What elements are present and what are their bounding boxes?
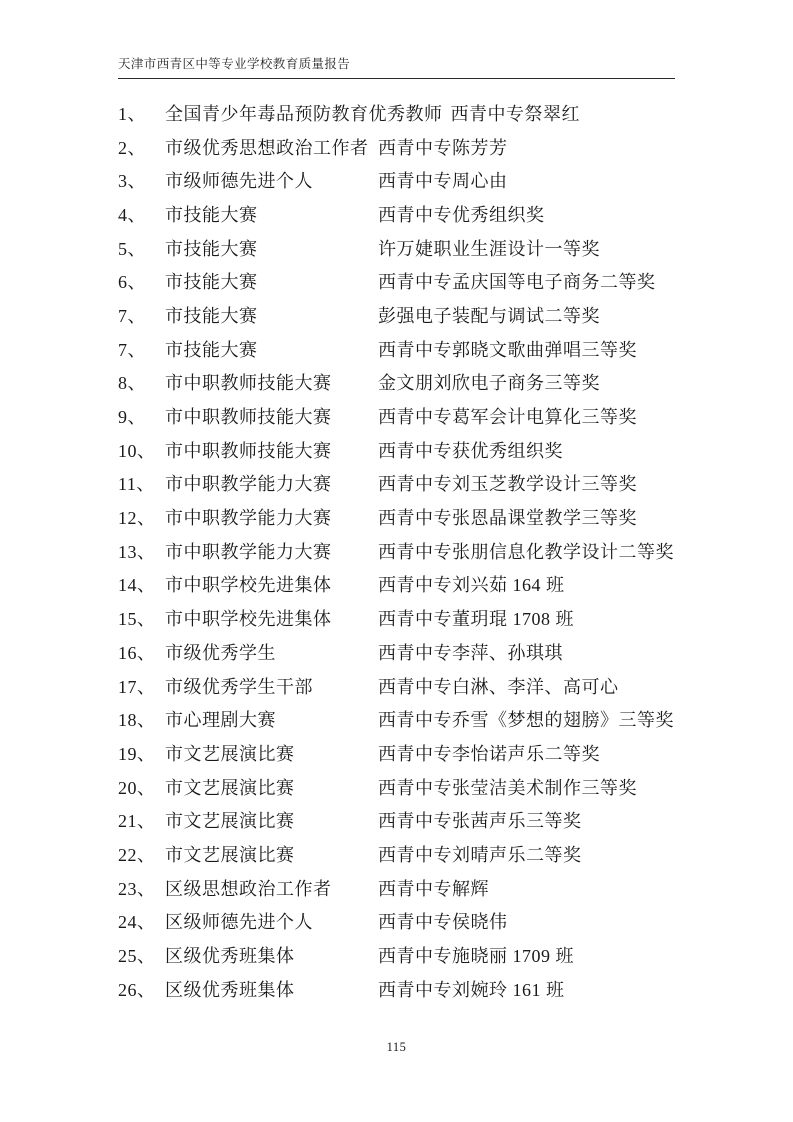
award-row: 5、 市技能大赛 许万婕职业生涯设计一等奖 xyxy=(118,231,718,265)
award-name: 市级师德先进个人 xyxy=(165,167,370,193)
award-winner: 西青中专孟庆国等电子商务二等奖 xyxy=(378,268,656,294)
document-page: 天津市西青区中等专业学校教育质量报告 1、 全国青少年毒品预防教育优秀教师 西青… xyxy=(0,0,793,1122)
award-winner: 西青中专李萍、孙琪琪 xyxy=(378,639,563,665)
award-winner: 西青中专优秀组织奖 xyxy=(378,201,545,227)
award-row: 20、 市文艺展演比赛 西青中专张莹洁美术制作三等奖 xyxy=(118,770,718,804)
award-winner: 西青中专周心由 xyxy=(378,167,508,193)
row-number: 18、 xyxy=(118,706,165,732)
row-number: 3、 xyxy=(118,167,165,193)
award-name: 区级师德先进个人 xyxy=(165,908,370,934)
award-winner: 西青中专张朋信息化教学设计二等奖 xyxy=(378,538,674,564)
award-row: 24、 区级师德先进个人 西青中专侯晓伟 xyxy=(118,905,718,939)
award-winner: 西青中专刘玉芝教学设计三等奖 xyxy=(378,470,637,496)
award-row: 19、 市文艺展演比赛 西青中专李怡诺声乐二等奖 xyxy=(118,736,718,770)
row-number: 10、 xyxy=(118,437,165,463)
award-name: 市级优秀学生干部 xyxy=(165,673,370,699)
row-number: 22、 xyxy=(118,841,165,867)
award-row: 6、 市技能大赛 西青中专孟庆国等电子商务二等奖 xyxy=(118,264,718,298)
award-name: 市中职学校先进集体 xyxy=(165,571,370,597)
row-number: 6、 xyxy=(118,268,165,294)
award-row: 13、 市中职教学能力大赛 西青中专张朋信息化教学设计二等奖 xyxy=(118,534,718,568)
row-number: 4、 xyxy=(118,201,165,227)
award-winner: 西青中专董玥琨 1708 班 xyxy=(378,605,574,631)
award-winner: 西青中专陈芳芳 xyxy=(378,134,508,160)
award-winner: 西青中专解辉 xyxy=(378,875,489,901)
award-row: 7、 市技能大赛 彭强电子装配与调试二等奖 xyxy=(118,298,718,332)
award-name: 市中职教师技能大赛 xyxy=(165,437,370,463)
row-number: 17、 xyxy=(118,673,165,699)
award-row: 2、 市级优秀思想政治工作者 西青中专陈芳芳 xyxy=(118,130,718,164)
award-row: 9、 市中职教师技能大赛 西青中专葛军会计电算化三等奖 xyxy=(118,399,718,433)
row-number: 19、 xyxy=(118,740,165,766)
award-winner: 许万婕职业生涯设计一等奖 xyxy=(378,235,600,261)
award-row: 25、 区级优秀班集体 西青中专施晓丽 1709 班 xyxy=(118,938,718,972)
award-row: 10、 市中职教师技能大赛 西青中专获优秀组织奖 xyxy=(118,433,718,467)
award-row: 14、 市中职学校先进集体 西青中专刘兴茹 164 班 xyxy=(118,568,718,602)
award-row: 21、 市文艺展演比赛 西青中专张茜声乐三等奖 xyxy=(118,803,718,837)
row-number: 24、 xyxy=(118,908,165,934)
award-name: 市文艺展演比赛 xyxy=(165,774,370,800)
award-winner: 西青中专刘婉玲 161 班 xyxy=(378,976,565,1002)
award-winner: 西青中专祭翠红 xyxy=(451,100,581,126)
row-number: 21、 xyxy=(118,807,165,833)
row-number: 16、 xyxy=(118,639,165,665)
awards-list: 1、 全国青少年毒品预防教育优秀教师 西青中专祭翠红 2、 市级优秀思想政治工作… xyxy=(118,96,718,1006)
award-winner: 西青中专侯晓伟 xyxy=(378,908,508,934)
award-winner: 西青中专乔雪《梦想的翅膀》三等奖 xyxy=(378,706,674,732)
award-name: 市中职教学能力大赛 xyxy=(165,470,370,496)
award-row: 16、 市级优秀学生 西青中专李萍、孙琪琪 xyxy=(118,635,718,669)
row-number: 13、 xyxy=(118,538,165,564)
award-name: 全国青少年毒品预防教育优秀教师 xyxy=(165,100,443,126)
row-number: 23、 xyxy=(118,875,165,901)
award-winner: 西青中专张恩晶课堂教学三等奖 xyxy=(378,504,637,530)
award-name: 市中职教师技能大赛 xyxy=(165,403,370,429)
award-row: 23、 区级思想政治工作者 西青中专解辉 xyxy=(118,871,718,905)
award-winner: 金文朋刘欣电子商务三等奖 xyxy=(378,369,600,395)
award-winner: 西青中专获优秀组织奖 xyxy=(378,437,563,463)
award-winner: 西青中专施晓丽 1709 班 xyxy=(378,942,574,968)
award-name: 市中职教学能力大赛 xyxy=(165,504,370,530)
award-row: 15、 市中职学校先进集体 西青中专董玥琨 1708 班 xyxy=(118,601,718,635)
award-name: 市技能大赛 xyxy=(165,201,370,227)
row-number: 15、 xyxy=(118,605,165,631)
award-row: 7、 市技能大赛 西青中专郭晓文歌曲弹唱三等奖 xyxy=(118,332,718,366)
award-row: 18、 市心理剧大赛 西青中专乔雪《梦想的翅膀》三等奖 xyxy=(118,702,718,736)
award-name: 区级思想政治工作者 xyxy=(165,875,370,901)
row-number: 7、 xyxy=(118,302,165,328)
row-number: 7、 xyxy=(118,336,165,362)
award-winner: 西青中专葛军会计电算化三等奖 xyxy=(378,403,637,429)
award-name: 市文艺展演比赛 xyxy=(165,740,370,766)
award-name: 区级优秀班集体 xyxy=(165,976,370,1002)
document-footer: 115 xyxy=(0,1038,793,1056)
award-winner: 西青中专张莹洁美术制作三等奖 xyxy=(378,774,637,800)
row-number: 20、 xyxy=(118,774,165,800)
row-number: 5、 xyxy=(118,235,165,261)
award-name: 市文艺展演比赛 xyxy=(165,841,370,867)
award-name: 市中职教学能力大赛 xyxy=(165,538,370,564)
award-name: 市中职学校先进集体 xyxy=(165,605,370,631)
award-name: 市心理剧大赛 xyxy=(165,706,370,732)
award-name: 市技能大赛 xyxy=(165,302,370,328)
document-header: 天津市西青区中等专业学校教育质量报告 xyxy=(118,54,675,79)
award-name: 市级优秀思想政治工作者 xyxy=(165,134,370,160)
page-number: 115 xyxy=(387,1040,407,1054)
award-name: 市文艺展演比赛 xyxy=(165,807,370,833)
row-number: 11、 xyxy=(118,470,165,496)
row-number: 9、 xyxy=(118,403,165,429)
award-row: 8、 市中职教师技能大赛 金文朋刘欣电子商务三等奖 xyxy=(118,366,718,400)
award-row: 3、 市级师德先进个人 西青中专周心由 xyxy=(118,163,718,197)
award-winner: 西青中专刘晴声乐二等奖 xyxy=(378,841,582,867)
row-number: 2、 xyxy=(118,134,165,160)
row-number: 25、 xyxy=(118,942,165,968)
award-name: 市技能大赛 xyxy=(165,235,370,261)
award-row: 26、 区级优秀班集体 西青中专刘婉玲 161 班 xyxy=(118,972,718,1006)
row-number: 1、 xyxy=(118,100,165,126)
award-winner: 西青中专张茜声乐三等奖 xyxy=(378,807,582,833)
award-row: 22、 市文艺展演比赛 西青中专刘晴声乐二等奖 xyxy=(118,837,718,871)
award-name: 市技能大赛 xyxy=(165,336,370,362)
award-winner: 彭强电子装配与调试二等奖 xyxy=(378,302,600,328)
award-row: 1、 全国青少年毒品预防教育优秀教师 西青中专祭翠红 xyxy=(118,96,718,130)
award-name: 市级优秀学生 xyxy=(165,639,370,665)
award-row: 12、 市中职教学能力大赛 西青中专张恩晶课堂教学三等奖 xyxy=(118,500,718,534)
award-row: 11、 市中职教学能力大赛 西青中专刘玉芝教学设计三等奖 xyxy=(118,467,718,501)
row-number: 12、 xyxy=(118,504,165,530)
award-winner: 西青中专白淋、李洋、高可心 xyxy=(378,673,619,699)
row-number: 8、 xyxy=(118,369,165,395)
award-winner: 西青中专刘兴茹 164 班 xyxy=(378,571,565,597)
row-number: 26、 xyxy=(118,976,165,1002)
row-number: 14、 xyxy=(118,571,165,597)
award-row: 17、 市级优秀学生干部 西青中专白淋、李洋、高可心 xyxy=(118,669,718,703)
award-row: 4、 市技能大赛 西青中专优秀组织奖 xyxy=(118,197,718,231)
award-name: 市技能大赛 xyxy=(165,268,370,294)
award-winner: 西青中专李怡诺声乐二等奖 xyxy=(378,740,600,766)
award-name: 区级优秀班集体 xyxy=(165,942,370,968)
award-winner: 西青中专郭晓文歌曲弹唱三等奖 xyxy=(378,336,637,362)
header-title: 天津市西青区中等专业学校教育质量报告 xyxy=(118,54,675,72)
award-name: 市中职教师技能大赛 xyxy=(165,369,370,395)
